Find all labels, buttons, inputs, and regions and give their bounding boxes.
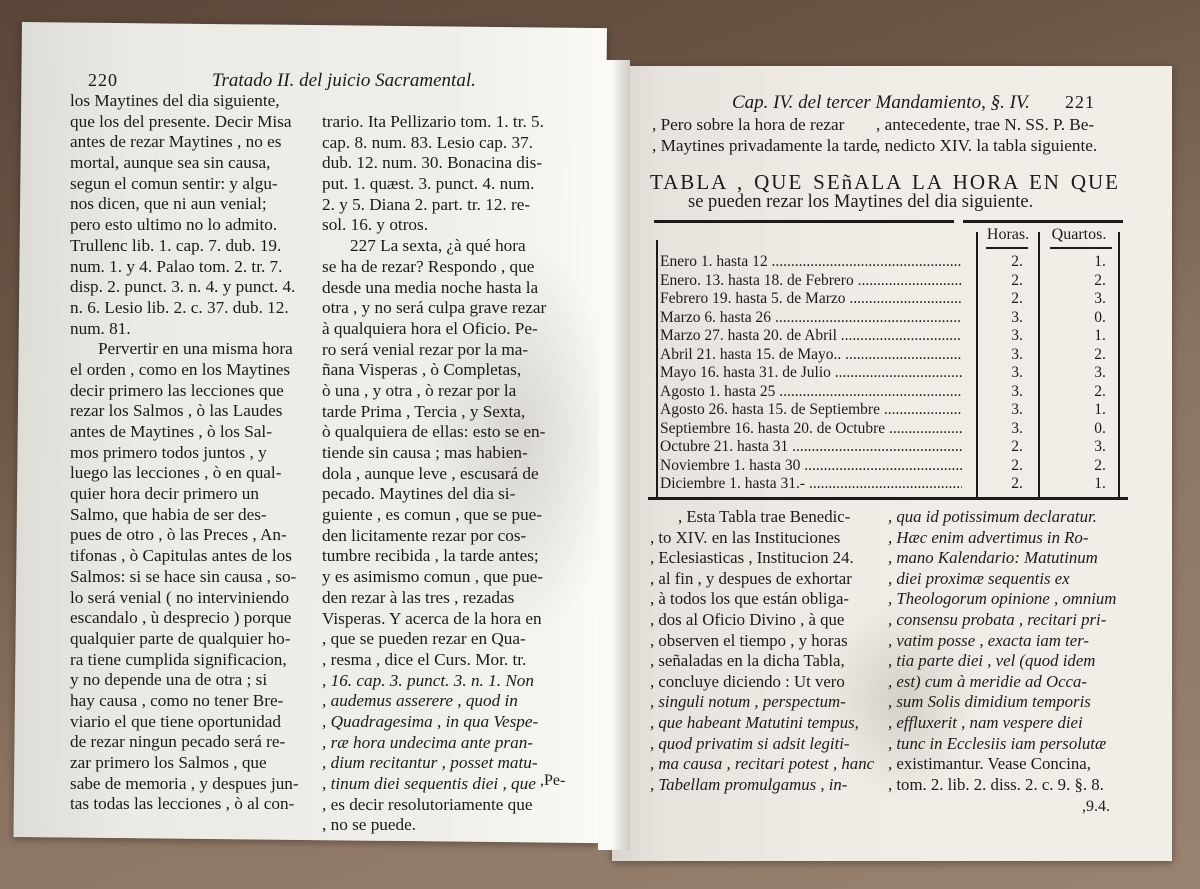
quartos-cell: 2. xyxy=(1064,272,1136,290)
horas-cell: 3. xyxy=(982,364,1052,382)
text-line: , existimantur. Vease Concina, xyxy=(888,754,1116,775)
table-row: Febrero 19. hasta 5. de Marzo2.3. xyxy=(660,290,1136,309)
text-line: cap. 8. num. 83. Lesio cap. 37. xyxy=(322,133,546,154)
text-line: otra , y no será culpa grave rezar xyxy=(322,298,546,319)
table-row: Septiembre 16. hasta 20. de Octubre3.0. xyxy=(660,420,1136,439)
text-line: nos dicen, que ni aun venial; xyxy=(70,194,299,215)
table-left-border xyxy=(656,240,658,497)
text-line: mortal, aunque sea sin causa, xyxy=(70,153,299,174)
horas-cell: 3. xyxy=(982,401,1052,419)
table-bottom-rule xyxy=(648,497,1128,500)
text-line: den rezar à las tres , rezadas xyxy=(322,588,546,609)
text-line: trario. Ita Pellizario tom. 1. tr. 5. xyxy=(322,112,546,133)
horas-cell: 2. xyxy=(982,457,1052,475)
table-top-rule xyxy=(963,220,1123,223)
text-line: , ma causa , recitari potest , hanc xyxy=(650,754,874,775)
text-line: luego las lecciones , ò en qual- xyxy=(70,463,299,484)
text-line: , tinum diei sequentis diei , que xyxy=(322,774,546,795)
left-column-1: los Maytines del dia siguiente,que los d… xyxy=(70,91,299,815)
hours-table: Horas. Quartos. Enero 1. hasta 122.1.Ene… xyxy=(648,220,1128,500)
text-line: qualquier parte de qualquier ho- xyxy=(70,629,299,650)
horas-cell: 3. xyxy=(982,420,1052,438)
text-line: desde una media noche hasta la xyxy=(322,278,546,299)
text-line: , audemus asserere , quod in xyxy=(322,691,546,712)
header-underline xyxy=(1050,247,1112,249)
horas-cell: 3. xyxy=(982,383,1052,401)
text-line: ò qualquiera de ellas: esto se en- xyxy=(322,422,546,443)
text-line: rezar los Salmos , ò las Laudes xyxy=(70,401,299,422)
text-line: , mano Kalendario: Matutinum xyxy=(888,548,1116,569)
text-line: num. 1. y 4. Palao tom. 2. tr. 7. xyxy=(70,257,299,278)
quartos-cell: 3. xyxy=(1064,290,1136,308)
quartos-cell: 1. xyxy=(1064,253,1136,271)
text-line: el orden , como en los Maytines xyxy=(70,360,299,381)
text-line: , quod privatim si adsit legiti- xyxy=(650,734,874,755)
text-line: se ha de rezar? Respondo , que xyxy=(322,257,546,278)
text-line: , to XIV. en las Instituciones xyxy=(650,528,874,549)
signature-mark: ,9.4. xyxy=(1082,798,1110,816)
text-line: , señaladas en la dicha Tabla, xyxy=(650,651,874,672)
period-cell: Enero 1. hasta 12 xyxy=(660,253,962,271)
text-line: pues de otro , ò las Preces , An- xyxy=(70,525,299,546)
period-cell: Noviembre 1. hasta 30 xyxy=(660,457,962,475)
table-subtitle: se pueden rezar los Maytines del dia sig… xyxy=(688,192,1033,213)
table-row: Noviembre 1. hasta 302.2. xyxy=(660,457,1136,476)
text-line: , Tabellam promulgamus , in- xyxy=(650,775,874,796)
text-line: , observen el tiempo , y horas xyxy=(650,631,874,652)
horas-cell: 3. xyxy=(982,346,1052,364)
text-line: sabe de memoria , y despues jun- xyxy=(70,774,299,795)
period-cell: Abril 21. hasta 15. de Mayo.. xyxy=(660,346,962,364)
period-cell: Marzo 6. hasta 26 xyxy=(660,309,962,327)
header-underline xyxy=(986,247,1028,249)
period-cell: Marzo 27. hasta 20. de Abril xyxy=(660,327,962,345)
text-line: num. 81. xyxy=(70,319,299,340)
page-number-left: 220 xyxy=(88,70,118,91)
text-line: tifonas , ò Capitulas antes de los xyxy=(70,546,299,567)
quartos-cell: 3. xyxy=(1064,364,1136,382)
text-line: viario el que tiene oportunidad xyxy=(70,712,299,733)
running-head-right: Cap. IV. del tercer Mandamiento, §. IV. xyxy=(732,92,1030,114)
text-line: , dium recitantur , posset matu- xyxy=(322,753,546,774)
book-gutter xyxy=(598,60,630,850)
text-line: , Pero sobre la hora de rezar xyxy=(652,115,878,136)
text-line: n. 6. Lesio lib. 2. c. 37. dub. 12. xyxy=(70,298,299,319)
left-column-2: trario. Ita Pellizario tom. 1. tr. 5.cap… xyxy=(322,112,546,836)
text-line: , concluye diciendo : Ut vero xyxy=(650,672,874,693)
text-line: y no depende una de otra ; si xyxy=(70,670,299,691)
quartos-cell: 2. xyxy=(1064,346,1136,364)
quartos-cell: 2. xyxy=(1064,457,1136,475)
text-line: , effluxerit , nam vespere diei xyxy=(888,713,1116,734)
table-row: Diciembre 1. hasta 31.-2.1. xyxy=(660,475,1136,494)
text-line: de rezar ningun pecado será re- xyxy=(70,732,299,753)
page-number-right: 221 xyxy=(1065,92,1095,113)
text-line: , no se puede. xyxy=(322,815,546,836)
text-line: , dos al Oficio Divino , à que xyxy=(650,610,874,631)
period-cell: Agosto 1. hasta 25 xyxy=(660,383,962,401)
table-row: Enero 1. hasta 122.1. xyxy=(660,253,1136,272)
text-line: Salmos: si se hace sin causa , so- xyxy=(70,567,299,588)
header-quartos: Quartos. xyxy=(1040,226,1118,244)
text-line: , singuli notum , perspectum- xyxy=(650,692,874,713)
table-top-rule xyxy=(654,220,954,223)
intro-column-2: , antecedente, trae N. SS. P. Be-, nedic… xyxy=(876,115,1097,156)
text-line: , diei proximæ sequentis ex xyxy=(888,569,1116,590)
text-line: ra tiene cumplida significacion, xyxy=(70,650,299,671)
horas-cell: 3. xyxy=(982,327,1052,345)
quartos-cell: 0. xyxy=(1064,420,1136,438)
text-line: pecado. Maytines del dia si- xyxy=(322,484,546,505)
period-cell: Enero. 13. hasta 18. de Febrero xyxy=(660,272,962,290)
text-line: guiente , es comun , que se pue- xyxy=(322,505,546,526)
period-cell: Septiembre 16. hasta 20. de Octubre xyxy=(660,420,962,438)
text-line: , sum Solis dimidium temporis xyxy=(888,692,1116,713)
right-column-1: , Esta Tabla trae Benedic-, to XIV. en l… xyxy=(650,507,874,795)
table-row: Abril 21. hasta 15. de Mayo..3.2. xyxy=(660,346,1136,365)
text-line: , 16. cap. 3. punct. 3. n. 1. Non xyxy=(322,671,546,692)
quartos-cell: 1. xyxy=(1064,475,1136,493)
text-line: disp. 2. punct. 3. n. 4. y punct. 4. xyxy=(70,277,299,298)
text-line: antes de Maytines , ò los Sal- xyxy=(70,422,299,443)
text-line: Trullenc lib. 1. cap. 7. dub. 19. xyxy=(70,236,299,257)
text-line: decir primero las lecciones que xyxy=(70,381,299,402)
text-line: put. 1. quæst. 3. punct. 4. num. xyxy=(322,174,546,195)
table-row: Octubre 21. hasta 312.3. xyxy=(660,438,1136,457)
text-line: ñana Visperas , ò Completas, xyxy=(322,360,546,381)
period-cell: Mayo 16. hasta 31. de Julio xyxy=(660,364,962,382)
text-line: tumbre recibida , la tarde antes; xyxy=(322,546,546,567)
table-row: Mayo 16. hasta 31. de Julio3.3. xyxy=(660,364,1136,383)
text-line: dub. 12. num. 30. Bonacina dis- xyxy=(322,153,546,174)
text-line: , consensu probata , recitari pri- xyxy=(888,610,1116,631)
header-horas: Horas. xyxy=(978,226,1038,244)
text-line: Salmo, que habia de ser des- xyxy=(70,505,299,526)
text-line: antes de rezar Maytines , no es xyxy=(70,132,299,153)
text-line: , tunc in Ecclesiis iam persolutæ xyxy=(888,734,1116,755)
quartos-cell: 1. xyxy=(1064,327,1136,345)
text-line: quier hora decir primero un xyxy=(70,484,299,505)
period-cell: Agosto 26. hasta 15. de Septiembre xyxy=(660,401,962,419)
text-line: Pervertir en una misma hora xyxy=(70,339,299,360)
text-line: , est) cum à meridie ad Occa- xyxy=(888,672,1116,693)
text-line: , nedicto XIV. la tabla siguiente. xyxy=(876,136,1097,157)
horas-cell: 2. xyxy=(982,438,1052,456)
text-line: lo será venial ( no interviniendo xyxy=(70,588,299,609)
horas-cell: 2. xyxy=(982,290,1052,308)
text-line: y es asimismo comun , que pue- xyxy=(322,567,546,588)
text-line: , al fin , y despues de exhortar xyxy=(650,569,874,590)
text-line: sol. 16. y otros. xyxy=(322,215,546,236)
text-line: , à todos los que están obliga- xyxy=(650,589,874,610)
table-row: Agosto 1. hasta 253.2. xyxy=(660,383,1136,402)
horas-cell: 3. xyxy=(982,309,1052,327)
text-line: tarde Prima , Tercia , y Sexta, xyxy=(322,402,546,423)
text-line: zar primero los Salmos , que xyxy=(70,753,299,774)
intro-column-1: , Pero sobre la hora de rezar, Maytines … xyxy=(652,115,878,156)
text-line: Visperas. Y acerca de la hora en xyxy=(322,609,546,630)
text-line: tiende sin causa ; mas habien- xyxy=(322,443,546,464)
text-line: , es decir resolutoriamente que xyxy=(322,795,546,816)
period-cell: Febrero 19. hasta 5. de Marzo xyxy=(660,290,962,308)
text-line: pero esto ultimo no lo admito. xyxy=(70,215,299,236)
text-line: segun el comun sentir: y algu- xyxy=(70,174,299,195)
quartos-cell: 1. xyxy=(1064,401,1136,419)
catchword: ,Pe- xyxy=(540,772,565,790)
text-line: que los del presente. Decir Misa xyxy=(70,112,299,133)
text-line: , resma , dice el Curs. Mor. tr. xyxy=(322,650,546,671)
text-line: , antecedente, trae N. SS. P. Be- xyxy=(876,115,1097,136)
text-line: , Quadragesima , in qua Vespe- xyxy=(322,712,546,733)
text-line: , que se pueden rezar en Qua- xyxy=(322,629,546,650)
text-line: à qualquiera hora el Oficio. Pe- xyxy=(322,319,546,340)
text-line: escandalo , ù desprecio ) porque xyxy=(70,608,299,629)
text-line: , Hæc enim advertimus in Ro- xyxy=(888,528,1116,549)
quartos-cell: 2. xyxy=(1064,383,1136,401)
text-line: , Eclesiasticas , Institucion 24. xyxy=(650,548,874,569)
horas-cell: 2. xyxy=(982,475,1052,493)
text-line: , Maytines privadamente la tarde xyxy=(652,136,878,157)
period-cell: Octubre 21. hasta 31 xyxy=(660,438,962,456)
text-line: , qua id potissimum declaratur. xyxy=(888,507,1116,528)
text-line: ò una , y otra , ò rezar por la xyxy=(322,381,546,402)
text-line: hay causa , como no tener Bre- xyxy=(70,691,299,712)
text-line: tas todas las lecciones , ò al con- xyxy=(70,794,299,815)
text-line: , Esta Tabla trae Benedic- xyxy=(650,507,874,528)
period-cell: Diciembre 1. hasta 31.- xyxy=(660,475,962,493)
text-line: , ræ hora undecima ante pran- xyxy=(322,733,546,754)
text-line: , vatim posse , exacta iam ter- xyxy=(888,631,1116,652)
text-line: , Theologorum opinione , omnium xyxy=(888,589,1116,610)
table-row: Agosto 26. hasta 15. de Septiembre3.1. xyxy=(660,401,1136,420)
quartos-cell: 3. xyxy=(1064,438,1136,456)
right-column-2: , qua id potissimum declaratur., Hæc eni… xyxy=(888,507,1116,795)
table-row: Marzo 27. hasta 20. de Abril3.1. xyxy=(660,327,1136,346)
table-row: Marzo 6. hasta 263.0. xyxy=(660,309,1136,328)
text-line: dola , aunque leve , escusará de xyxy=(322,464,546,485)
running-head-left: Tratado II. del juicio Sacramental. xyxy=(212,70,476,92)
text-line: , tom. 2. lib. 2. diss. 2. c. 9. §. 8. xyxy=(888,775,1116,796)
text-line: 2. y 5. Diana 2. part. tr. 12. re- xyxy=(322,195,546,216)
horas-cell: 2. xyxy=(982,272,1052,290)
text-line: 227 La sexta, ¿à qué hora xyxy=(322,236,546,257)
horas-cell: 2. xyxy=(982,253,1052,271)
table-row: Enero. 13. hasta 18. de Febrero2.2. xyxy=(660,272,1136,291)
table-body: Enero 1. hasta 122.1.Enero. 13. hasta 18… xyxy=(660,253,1136,494)
text-line: los Maytines del dia siguiente, xyxy=(70,91,299,112)
text-line: den licitamente rezar por cos- xyxy=(322,526,546,547)
text-line: ro será venial rezar por la ma- xyxy=(322,340,546,361)
text-line: mos primero todos juntos , y xyxy=(70,443,299,464)
quartos-cell: 0. xyxy=(1064,309,1136,327)
text-line: , tia parte diei , vel (quod idem xyxy=(888,651,1116,672)
text-line: , que habeant Matutini tempus, xyxy=(650,713,874,734)
